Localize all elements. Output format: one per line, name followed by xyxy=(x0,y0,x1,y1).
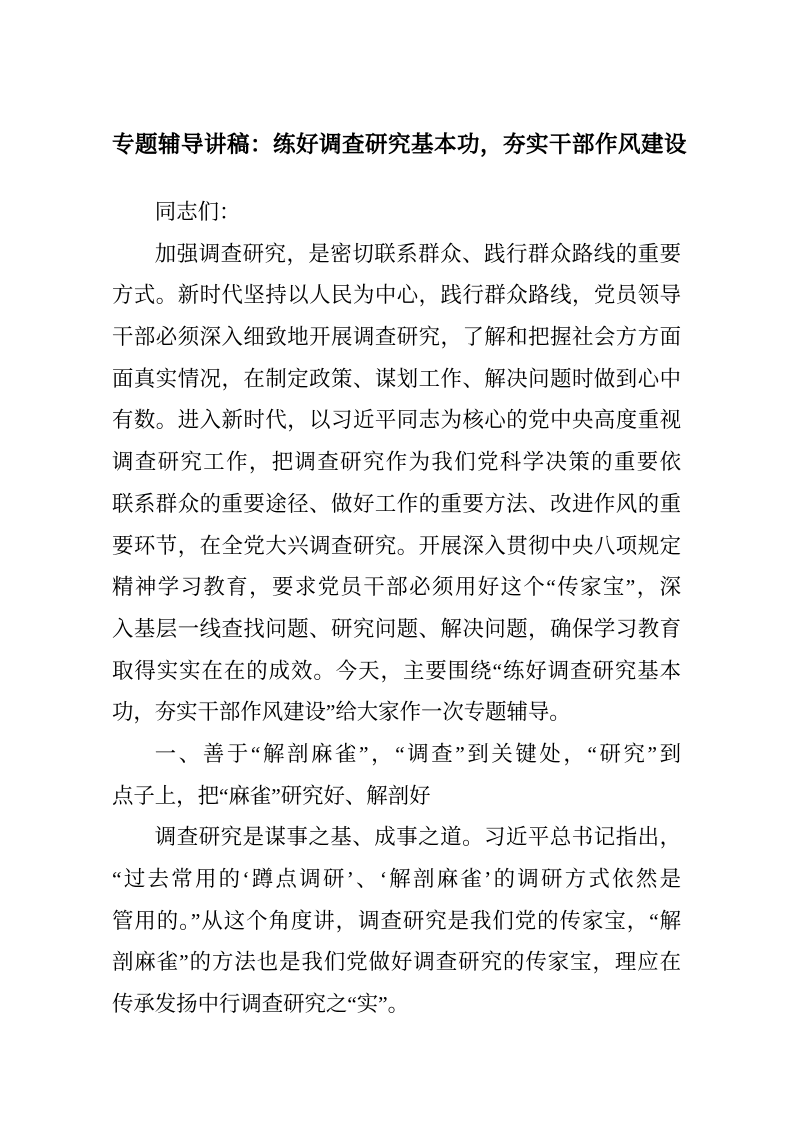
document-content: 专题辅导讲稿：练好调查研究基本功，夯实干部作风建设 同志们： 加强调查研究，是密… xyxy=(112,0,681,1026)
body-line: 方式。新时代坚持以人民为中心，践行群众路线，党员领导 xyxy=(112,275,681,317)
body-line: 精神学习教育，要求党员干部必须用好这个“传家宝”，深 xyxy=(112,567,681,609)
body-line: 调查研究工作，把调查研究作为我们党科学决策的重要依据、 xyxy=(112,442,681,484)
section-heading-line: 点子上，把“麻雀”研究好、解剖好 xyxy=(112,776,681,818)
body-line: 功，夯实干部作风建设”给大家作一次专题辅导。 xyxy=(112,692,681,734)
body-line: 干部必须深入细致地开展调查研究，了解和把握社会方方面 xyxy=(112,317,681,359)
body-line: 剖麻雀”的方法也是我们党做好调查研究的传家宝，理应在 xyxy=(112,942,681,984)
document-body: 同志们： 加强调查研究，是密切联系群众、践行群众路线的重要 方式。新时代坚持以人… xyxy=(112,192,681,1026)
body-line: “过去常用的‘蹲点调研’、‘解剖麻雀’的调研方式依然是 xyxy=(112,859,681,901)
body-line: 要环节，在全党大兴调查研究。开展深入贯彻中央八项规定 xyxy=(112,526,681,568)
document-title: 专题辅导讲稿：练好调查研究基本功，夯实干部作风建设 xyxy=(112,0,681,165)
body-line: 加强调查研究，是密切联系群众、践行群众路线的重要 xyxy=(112,234,681,276)
body-line: 联系群众的重要途径、做好工作的重要方法、改进作风的重 xyxy=(112,484,681,526)
body-line: 同志们： xyxy=(112,192,681,234)
body-line: 入基层一线查找问题、研究问题、解决问题，确保学习教育 xyxy=(112,609,681,651)
body-line: 管用的。”从这个角度讲，调查研究是我们党的传家宝，“解 xyxy=(112,901,681,943)
document-page: 专题辅导讲稿：练好调查研究基本功，夯实干部作风建设 同志们： 加强调查研究，是密… xyxy=(0,0,793,1122)
body-line: 调查研究是谋事之基、成事之道。习近平总书记指出， xyxy=(112,817,681,859)
body-line: 取得实实在在的成效。今天，主要围绕“练好调查研究基本 xyxy=(112,651,681,693)
body-line: 传承发扬中行调查研究之“实”。 xyxy=(112,984,681,1026)
body-line: 有数。进入新时代，以习近平同志为核心的党中央高度重视 xyxy=(112,400,681,442)
section-heading-line: 一、善于“解剖麻雀”，“调查”到关键处，“研究”到 xyxy=(112,734,681,776)
body-line: 面真实情况，在制定政策、谋划工作、解决问题时做到心中 xyxy=(112,359,681,401)
